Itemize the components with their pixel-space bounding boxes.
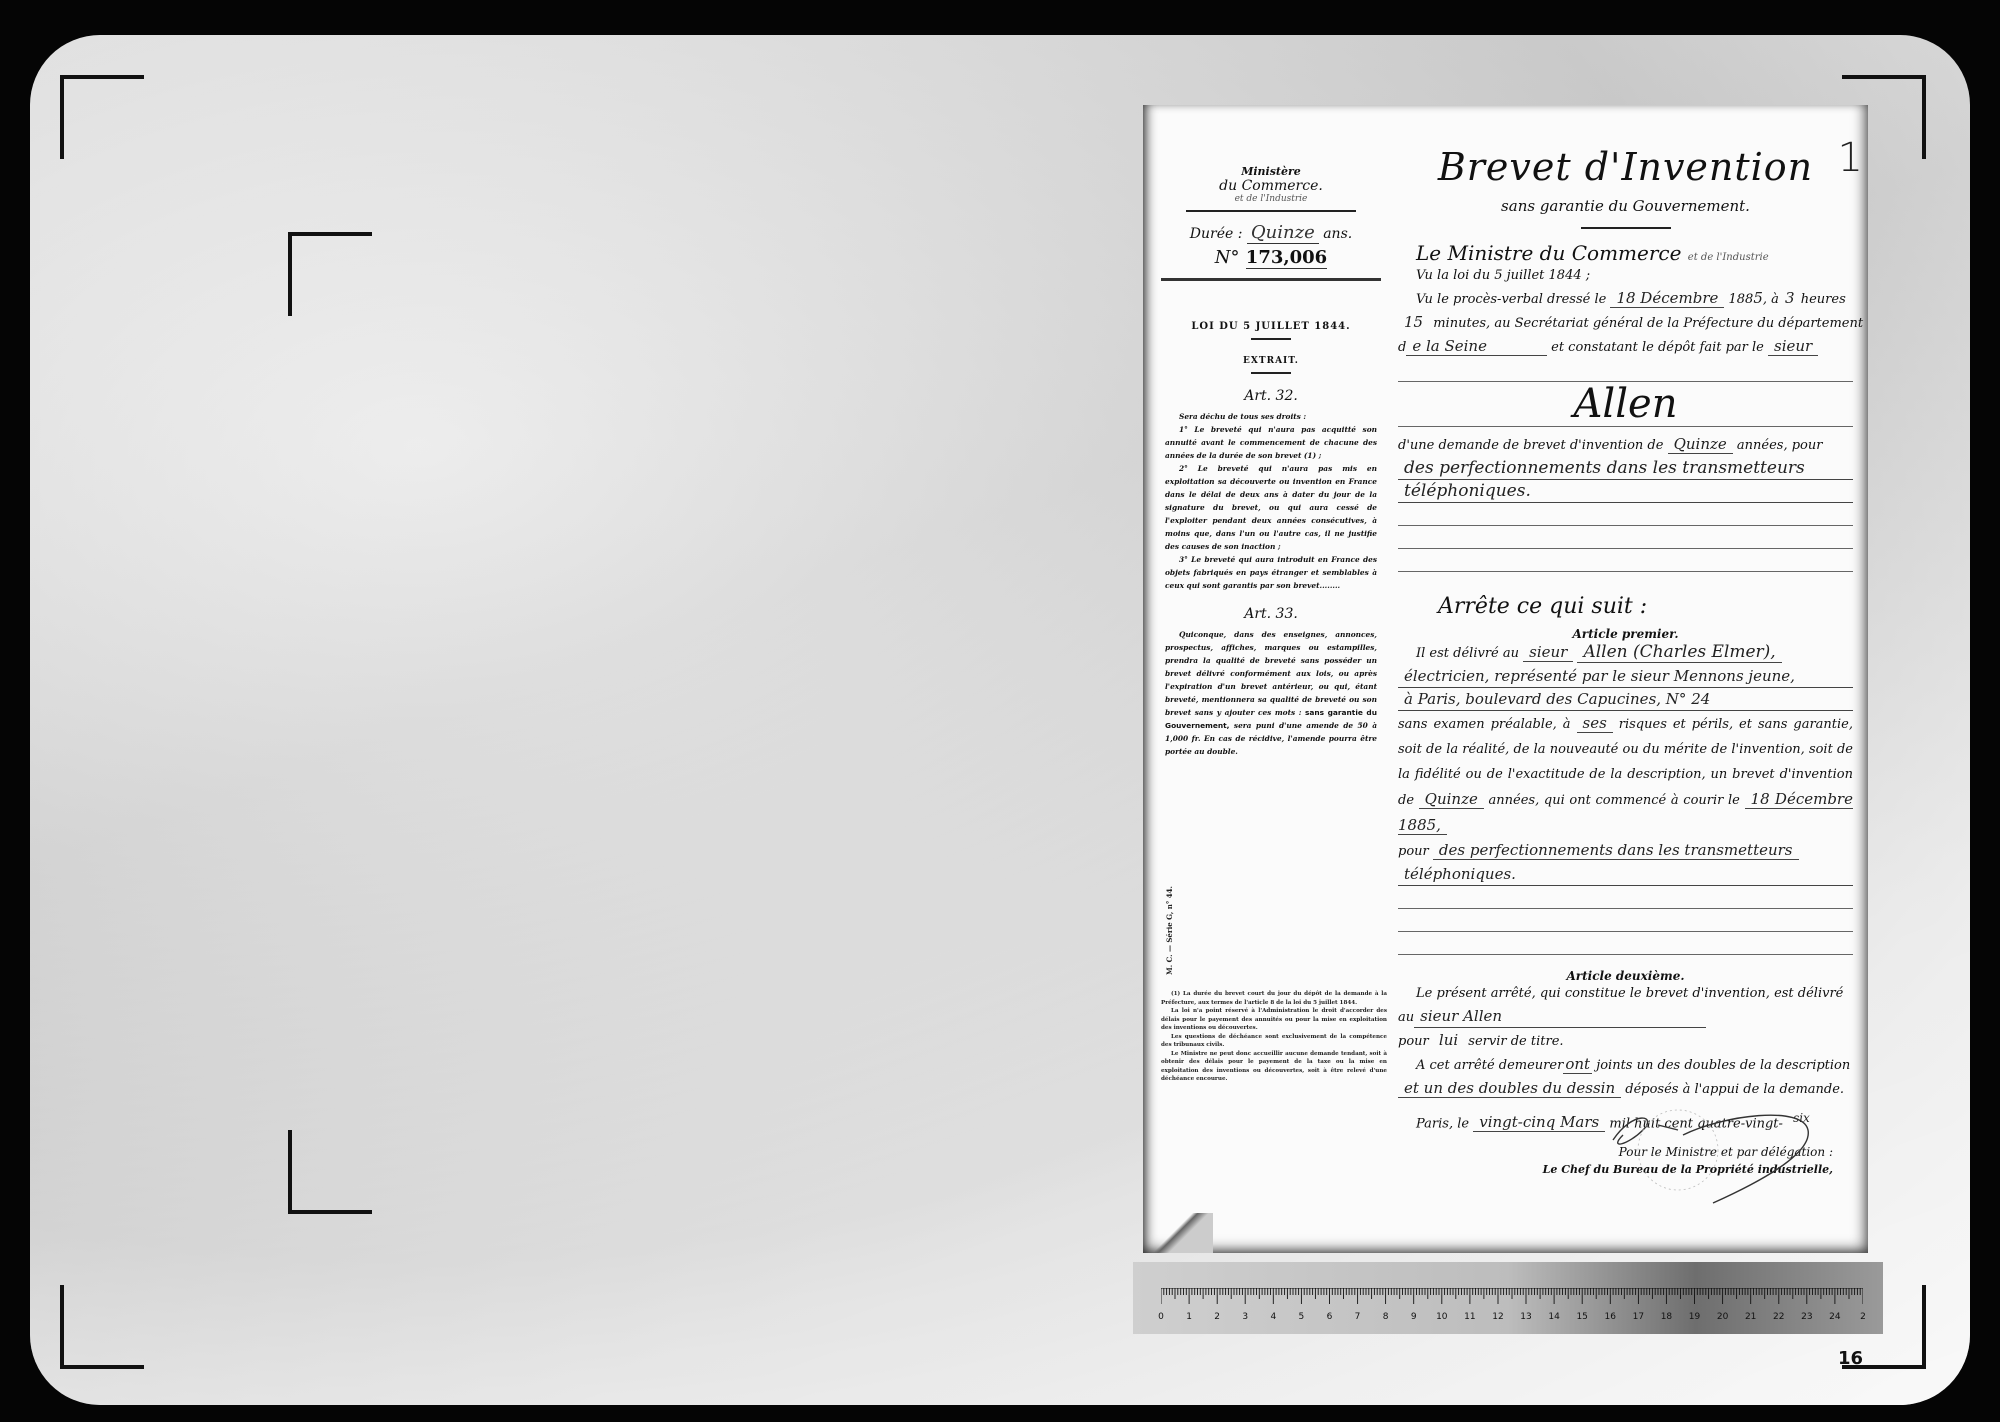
divider [1581,227,1671,229]
blank-line [1398,549,1853,572]
representative-line: électricien, représenté par le sieur Men… [1398,665,1853,688]
body-text-3: années, qui ont commencé à courir le [1489,793,1740,808]
ruler-label: 16 [1605,1312,1616,1322]
minutes-line: 15 minutes, au Secrétariat général de la… [1398,311,1853,335]
annex-line: A cet arrêté demeureront joints un des d… [1398,1053,1853,1077]
ruler-label: 10 [1436,1312,1447,1322]
art2-text-1: Le présent arrêté, qui constitue le brev… [1398,983,1853,1005]
article-32-paragraph: 2° Le breveté qui n'aura pas mis en expl… [1165,462,1377,553]
right-column: 1 Brevet d'Invention sans garantie du Go… [1398,145,1853,1176]
delivery-prefix: Il est délivré au [1416,646,1519,661]
footnote: Les questions de déchéance sont exclusiv… [1161,1033,1387,1050]
art2-pronoun: lui [1433,1031,1464,1049]
patent-number: N° 173,006 [1161,247,1381,268]
ruler-label: 11 [1464,1312,1475,1322]
ruler-label: 3 [1242,1312,1248,1322]
for-line: pour des perfectionnements dans les tran… [1398,839,1853,863]
patent-years: Quinze [1419,790,1484,809]
annex-verb: ont [1563,1055,1592,1074]
ruler-label: 13 [1520,1312,1531,1322]
for-object-2: téléphoniques. [1398,863,1853,886]
article-32-paragraph: Sera déchu de tous ses droits : [1165,410,1377,423]
ministry-line: du Commerce. [1161,178,1381,194]
dated-prefix: Paris, le [1416,1116,1469,1131]
footnote: Le Ministre ne peut donc accueillir aucu… [1161,1050,1387,1084]
series-reference: M. C. — Série G, n° 44. [1165,886,1174,975]
vu-loi: Vu la loi du 5 juillet 1844 ; [1398,265,1853,287]
art2-recipient-line: ausieur Allen [1398,1005,1853,1029]
ruler-label: 20 [1717,1312,1728,1322]
patent-document: Ministère du Commerce. et de l'Industrie… [1143,105,1868,1253]
article-32-paragraph: 1° Le breveté qui n'aura pas acquitté so… [1165,423,1377,462]
address-text: à Paris, boulevard des Capucines, N° 24 [1398,688,1853,711]
annex-handwritten: et un des doubles du dessin [1398,1079,1621,1098]
blank-line [1398,359,1853,382]
ruler-label: 5 [1299,1312,1305,1322]
representative-text: électricien, représenté par le sieur Men… [1398,665,1853,688]
article-33-text-before: Quiconque, dans des enseignes, annonces,… [1165,630,1377,717]
ruler-label: 6 [1327,1312,1333,1322]
duration-value: Quinze [1247,222,1319,244]
minister-text: Le Ministre du Commerce [1416,241,1681,265]
article-33-heading: Art. 33. [1161,606,1381,622]
body-text-1: sans examen préalable, à [1398,717,1571,732]
depositor-title: sieur [1768,337,1818,356]
duration-unit: ans. [1323,226,1352,242]
demande-suffix: années, pour [1737,438,1823,453]
ruler-label: 22 [1773,1312,1784,1322]
crop-mark-top-right [1842,75,1926,159]
ruler-label: 1 [1186,1312,1192,1322]
pv-date: 18 Décembre [1610,289,1724,308]
ruler-label: 8 [1383,1312,1389,1322]
article-32-text: Sera déchu de tous ses droits : 1° Le br… [1161,410,1381,592]
pv-prefix: Vu le procès-verbal dressé le [1416,292,1606,307]
left-column: Ministère du Commerce. et de l'Industrie… [1161,165,1381,758]
article-premier-heading: Article premier. [1398,627,1853,641]
arrete-heading: Arrête ce qui suit : [1438,594,1853,619]
pv-year-prefix: 188 [1729,292,1754,307]
article-deuxieme-heading: Article deuxième. [1398,969,1853,983]
annex-prefix: A cet arrêté demeurer [1416,1058,1563,1073]
blank-line [1398,909,1853,932]
annex-joint: joints [1596,1058,1632,1073]
art2-pour: pour [1398,1034,1429,1049]
delivery-line: Il est délivré au sieur Allen (Charles E… [1398,641,1853,665]
ruler-label: 9 [1411,1312,1417,1322]
duration-field: Durée : Quinze ans. [1161,222,1381,243]
article-33-text: Quiconque, dans des enseignes, annonces,… [1161,628,1381,758]
ruler-label: 14 [1548,1312,1559,1322]
deposit-text: et constatant le dépôt fait par le [1551,340,1764,355]
sheet-number: 16 [1838,1348,1863,1369]
law-title: LOI DU 5 JUILLET 1844. [1161,321,1381,332]
ruler-label: 15 [1576,1312,1587,1322]
ruler-label: 4 [1270,1312,1276,1322]
footnote: La loi n'a point réservé à l'Administrat… [1161,1007,1387,1033]
article-32-paragraph: 3° Le breveté qui aura introduit en Fran… [1165,553,1377,592]
corner-fold [1143,1213,1213,1253]
object-line: téléphoniques. [1398,480,1853,503]
ornament-rule [1186,210,1356,212]
pv-year-suffix: 5 [1753,289,1763,307]
address-line: à Paris, boulevard des Capucines, N° 24 [1398,688,1853,711]
dated-date: vingt-cinq Mars [1473,1113,1605,1132]
handwritten-signature-icon [1603,1105,1823,1205]
pv-hour: 3 [1783,289,1797,307]
minister-line: Le Ministre du Commerce et de l'Industri… [1416,241,1853,265]
delivery-title: sieur [1523,643,1573,662]
crop-mark-top-left [60,75,144,159]
object-line-1: des perfectionnements dans les transmett… [1398,457,1853,480]
for-line-2: téléphoniques. [1398,863,1853,886]
ruler-label: 24 [1829,1312,1840,1322]
blank-line [1398,932,1853,955]
blank-line [1398,503,1853,526]
measurement-ruler: 0123456789101112131415161718192021222324… [1133,1262,1883,1334]
pv-hour-label: heures [1801,292,1846,307]
risks-owner: ses [1577,714,1613,733]
footnote: (1) La durée du brevet court du jour du … [1161,990,1387,1007]
footnotes: (1) La durée du brevet court du jour du … [1161,990,1387,1084]
object-line: des perfectionnements dans les transmett… [1398,457,1853,480]
for-prefix: pour [1398,844,1429,859]
pv-minutes-text: minutes, au Secrétariat général de la Pr… [1433,316,1863,331]
divider [1251,372,1291,374]
ruler-label: 21 [1745,1312,1756,1322]
number-value: 173,006 [1246,247,1327,269]
annex-suffix: déposés à l'appui de la demande. [1625,1082,1844,1097]
article-33-paragraph: Quiconque, dans des enseignes, annonces,… [1165,628,1377,758]
ruler-label: 2 [1214,1312,1220,1322]
ruler-label: 0 [1158,1312,1164,1322]
art2-servir: servir de titre. [1468,1034,1563,1049]
divider [1251,338,1291,340]
ministry-heading: Ministère [1161,165,1381,178]
blank-line [1398,886,1853,909]
document-subtitle: sans garantie du Gouvernement. [1398,197,1853,215]
art2-title-line: pour lui servir de titre. [1398,1029,1853,1053]
crop-mark-inner-bottom-left [288,1130,372,1214]
demande-years: Quinze [1668,435,1733,454]
demande-line: d'une demande de brevet d'invention de Q… [1398,433,1853,457]
demande-prefix: d'une demande de brevet d'invention de [1398,438,1663,453]
pv-minutes: 15 [1398,313,1429,331]
article-premier-body: sans examen préalable, à ses risques et … [1398,711,1853,839]
ruler-label: 23 [1801,1312,1812,1322]
ruler-label: 12 [1492,1312,1503,1322]
blank-line [1398,526,1853,549]
department-line: de la Seine et constatant le dépôt fait … [1398,335,1853,359]
number-label: N° [1215,247,1240,268]
ministry-addition: et de l'Industrie [1161,194,1381,204]
delivery-full-name: Allen (Charles Elmer), [1577,642,1781,663]
department-value: e la Seine [1406,337,1547,356]
annex-text: un des doubles de la description [1637,1058,1851,1073]
duration-label: Durée : [1190,226,1243,242]
ruler-label: 19 [1689,1312,1700,1322]
divider [1161,278,1381,281]
proces-verbal-line: Vu le procès-verbal dressé le 18 Décembr… [1398,287,1853,311]
ruler-label: 7 [1355,1312,1361,1322]
ruler-label: 17 [1633,1312,1644,1322]
extract-label: EXTRAIT. [1161,356,1381,366]
for-object-1: des perfectionnements dans les transmett… [1433,841,1799,860]
crop-mark-inner-top-left [288,232,372,316]
article-32-heading: Art. 32. [1161,388,1381,404]
art2-au: au [1398,1010,1414,1025]
object-line-2: téléphoniques. [1398,480,1853,503]
ruler-ticks [1161,1288,1863,1306]
pv-time-prefix: , à [1763,292,1779,307]
document-title: Brevet d'Invention [1398,145,1853,189]
ruler-labels: 0123456789101112131415161718192021222324… [1161,1312,1863,1324]
ruler-label: 18 [1661,1312,1672,1322]
applicant-name: Allen [1398,382,1853,427]
crop-mark-bottom-left [60,1285,144,1369]
annex-line-2: et un des doubles du dessin déposés à l'… [1398,1077,1853,1101]
art2-recipient: sieur Allen [1414,1005,1706,1028]
minister-addition: et de l'Industrie [1688,252,1769,263]
